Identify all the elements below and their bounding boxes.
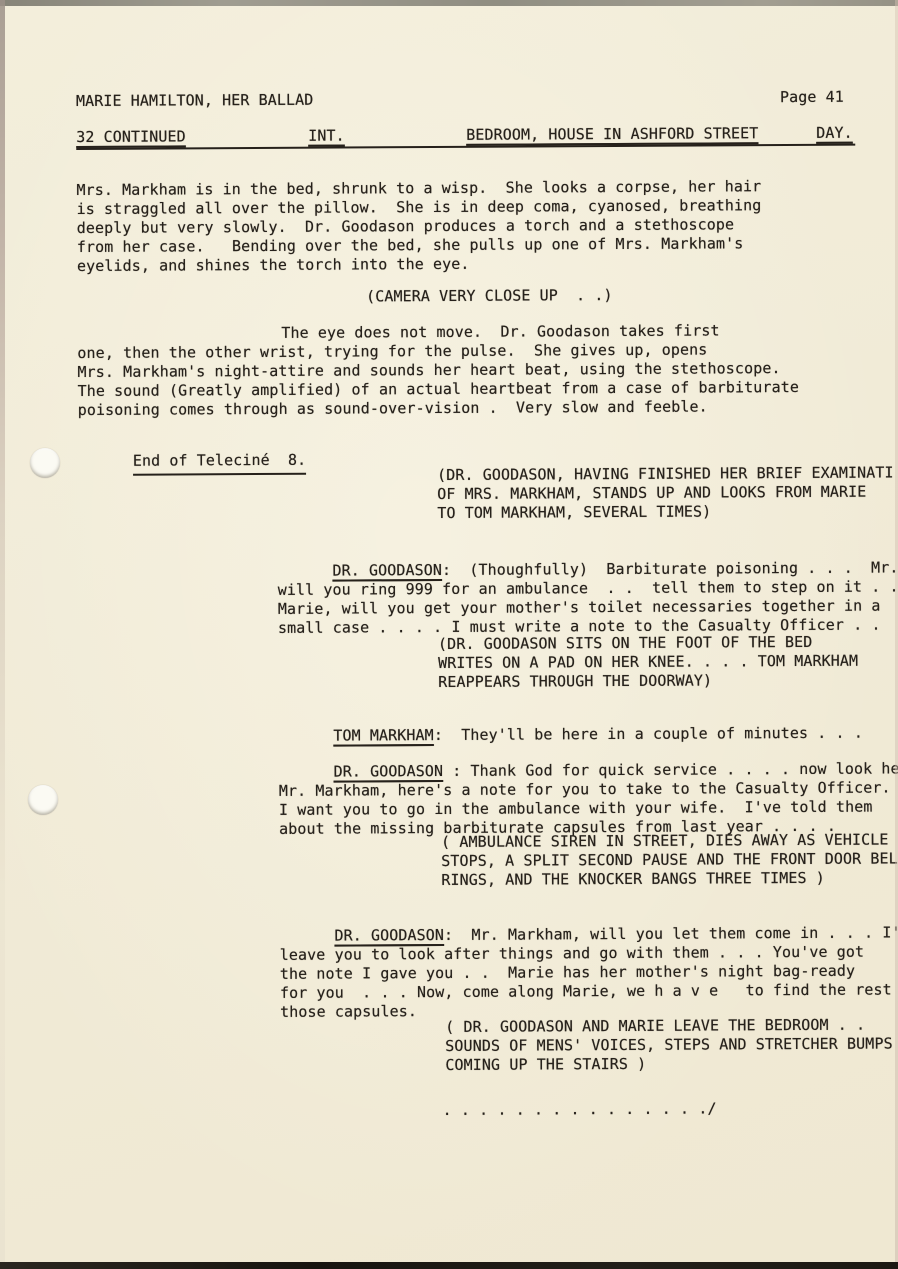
- show-title: MARIE HAMILTON, HER BALLAD: [76, 91, 314, 111]
- punch-hole-bottom: [28, 785, 58, 815]
- scene-heading: 32 CONTINUED INT. BEDROOM, HOUSE IN ASHF…: [76, 124, 855, 150]
- stage-direction-examination: (DR. GOODASON, HAVING FINISHED HER BRIEF…: [437, 463, 894, 523]
- stage-direction-ambulance-siren: ( AMBULANCE SIREN IN STREET, DIES AWAY A…: [441, 830, 898, 890]
- speaker-name: TOM MARKHAM: [333, 726, 434, 745]
- stage-direction-writes-note: (DR. GOODASON SITS ON THE FOOT OF THE BE…: [438, 633, 858, 692]
- speaker-name: DR. GOODASON: [334, 926, 444, 945]
- page-number: Page 41: [780, 88, 844, 107]
- scene-time: DAY.: [816, 124, 853, 143]
- telecine-end-marker: End of Teleciné 8.: [78, 432, 307, 495]
- stage-direction-leave-bedroom: ( DR. GOODASON AND MARIE LEAVE THE BEDRO…: [445, 1015, 893, 1074]
- scene-number: 32 CONTINUED: [76, 127, 186, 147]
- telecine-end-text: End of Teleciné 8.: [133, 451, 307, 476]
- typewritten-content: MARIE HAMILTON, HER BALLAD Page 41 32 CO…: [0, 0, 898, 1269]
- punch-hole-top: [30, 448, 60, 478]
- script-page-scan: MARIE HAMILTON, HER BALLAD Page 41 32 CO…: [0, 0, 898, 1269]
- scene-interior-label: INT.: [308, 127, 345, 146]
- scene-location: BEDROOM, HOUSE IN ASHFORD STREET: [466, 124, 758, 145]
- action-paragraph-2: The eye does not move. Dr. Goodason take…: [77, 321, 799, 420]
- action-paragraph-1: Mrs. Markham is in the bed, shrunk to a …: [76, 177, 761, 276]
- speaker-name: DR. GOODASON: [332, 561, 442, 580]
- camera-direction: (CAMERA VERY CLOSE UP . .): [366, 286, 613, 306]
- end-dotted-line: . . . . . . . . . . . . . . ./: [443, 1099, 717, 1120]
- speaker-name: DR. GOODASON: [333, 762, 443, 781]
